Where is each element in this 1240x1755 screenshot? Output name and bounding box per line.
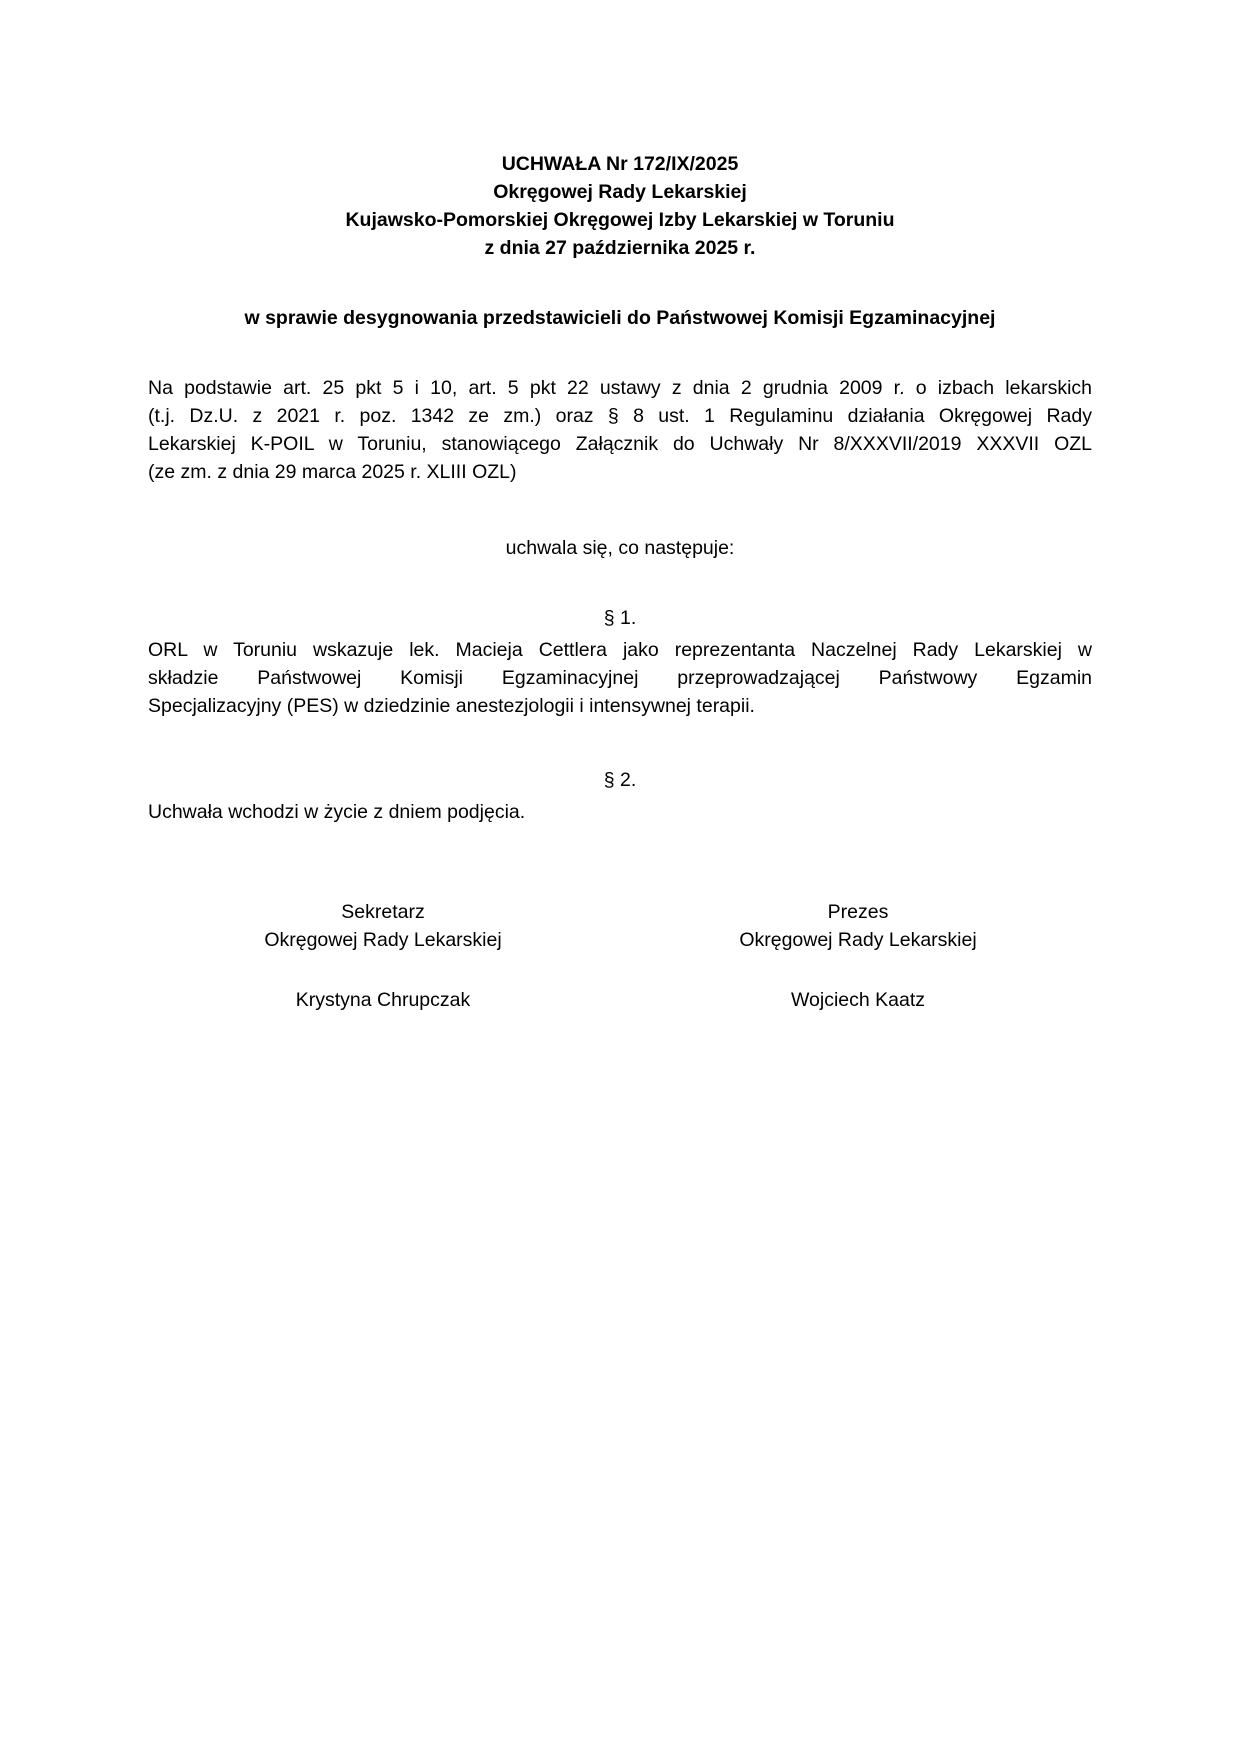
resolution-number: UCHWAŁA Nr 172/IX/2025	[148, 150, 1092, 178]
resolution-subject: w sprawie desygnowania przedstawicieli d…	[148, 304, 1092, 332]
legal-basis: Na podstawie art. 25 pkt 5 i 10, art. 5 …	[148, 374, 1092, 486]
section-1-heading: § 1.	[148, 604, 1092, 632]
resolution-header: UCHWAŁA Nr 172/IX/2025 Okręgowej Rady Le…	[148, 150, 1092, 262]
section-1-line: składzie Państwowej Komisji Egzaminacyjn…	[148, 664, 1092, 692]
legal-basis-line: Lekarskiej K-POIL w Toruniu, stanowiąceg…	[148, 430, 1092, 458]
section-1-line: Specjalizacyjny (PES) w dziedzinie anest…	[148, 692, 1092, 720]
signature-name: Krystyna Chrupczak	[183, 986, 583, 1014]
signature-secretary: Sekretarz Okręgowej Rady Lekarskiej Krys…	[183, 898, 583, 1014]
legal-basis-line: Na podstawie art. 25 pkt 5 i 10, art. 5 …	[148, 374, 1092, 402]
section-2-heading: § 2.	[148, 766, 1092, 794]
section-2-text: Uchwała wchodzi w życie z dniem podjęcia…	[148, 798, 1092, 826]
legal-basis-line: (t.j. Dz.U. z 2021 r. poz. 1342 ze zm.) …	[148, 402, 1092, 430]
issuing-council: Okręgowej Rady Lekarskiej	[148, 178, 1092, 206]
resolves-clause: uchwala się, co następuje:	[148, 534, 1092, 562]
section-1-line: ORL w Toruniu wskazuje lek. Macieja Cett…	[148, 636, 1092, 664]
signature-name: Wojciech Kaatz	[658, 986, 1058, 1014]
signature-body: Okręgowej Rady Lekarskiej	[658, 926, 1058, 954]
legal-basis-line: (ze zm. z dnia 29 marca 2025 r. XLIII OZ…	[148, 458, 1092, 486]
signature-role: Prezes	[658, 898, 1058, 926]
signature-body: Okręgowej Rady Lekarskiej	[183, 926, 583, 954]
signature-president: Prezes Okręgowej Rady Lekarskiej Wojciec…	[658, 898, 1058, 1014]
document-page: UCHWAŁA Nr 172/IX/2025 Okręgowej Rady Le…	[0, 0, 1240, 1755]
issuing-chamber: Kujawsko-Pomorskiej Okręgowej Izby Lekar…	[148, 206, 1092, 234]
signature-role: Sekretarz	[183, 898, 583, 926]
section-1-text: ORL w Toruniu wskazuje lek. Macieja Cett…	[148, 636, 1092, 720]
resolution-date: z dnia 27 października 2025 r.	[148, 234, 1092, 262]
